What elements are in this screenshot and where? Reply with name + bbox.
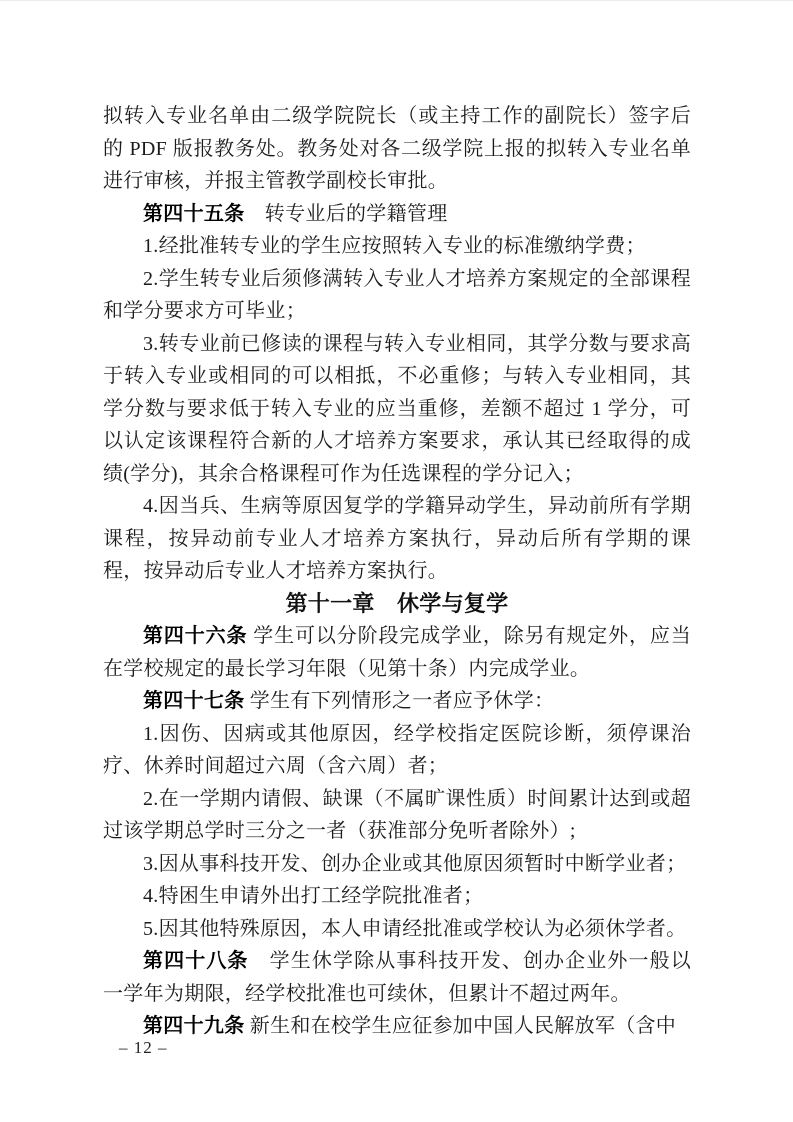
paragraph: 3.因从事科技开发、创办企业或其他原因须暂时中断学业者； [103, 848, 691, 881]
paragraph: 2.在一学期内请假、缺课（不属旷课性质）时间累计达到或超过该学期总学时三分之一者… [103, 783, 691, 848]
paragraph: 1.因伤、因病或其他原因，经学校指定医院诊断，须停课治疗、休养时间超过六周（含六… [103, 718, 691, 783]
paragraph: 4.因当兵、生病等原因复学的学籍异动学生，异动前所有学期课程，按异动前专业人才培… [103, 490, 691, 588]
paragraph: 3.转专业前已修读的课程与转入专业相同，其学分数与要求高于转入专业或相同的可以相… [103, 328, 691, 491]
article-number: 第四十九条 [143, 1015, 245, 1037]
paragraph: 第四十九条 新生和在校学生应征参加中国人民解放军（含中 [103, 1010, 691, 1043]
document-content: 拟转入专业名单由二级学院院长（或主持工作的副院长）签字后的 PDF 版报教务处。… [103, 100, 691, 1043]
page-number: – 12 – [119, 1038, 168, 1057]
article-number: 第四十五条 [143, 203, 245, 225]
paragraph: 第四十五条 转专业后的学籍管理 [103, 198, 691, 231]
paragraph: 第四十六条 学生可以分阶段完成学业，除另有规定外，应当在学校规定的最长学习年限（… [103, 620, 691, 685]
paragraph: 5.因其他特殊原因，本人申请经批准或学校认为必须休学者。 [103, 913, 691, 946]
document-page: 拟转入专业名单由二级学院院长（或主持工作的副院长）签字后的 PDF 版报教务处。… [0, 0, 793, 1122]
paragraph: 2.学生转专业后须修满转入专业人才培养方案规定的全部课程和学分要求方可毕业； [103, 263, 691, 328]
paragraph: 拟转入专业名单由二级学院院长（或主持工作的副院长）签字后的 PDF 版报教务处。… [103, 100, 691, 198]
chapter-heading: 第十一章 休学与复学 [103, 588, 691, 621]
page-footer: – 12 – [119, 1038, 168, 1058]
article-number: 第四十八条 [143, 950, 249, 972]
article-number: 第四十六条 [143, 625, 247, 647]
paragraph: 第四十七条 学生有下列情形之一者应予休学： [103, 685, 691, 718]
paragraph: 第四十八条 学生休学除从事科技开发、创办企业外一般以一学年为期限，经学校批准也可… [103, 945, 691, 1010]
paragraph: 4.特困生申请外出打工经学院批准者； [103, 880, 691, 913]
article-number: 第四十七条 [143, 690, 245, 712]
paragraph: 1.经批准转专业的学生应按照转入专业的标准缴纳学费； [103, 230, 691, 263]
